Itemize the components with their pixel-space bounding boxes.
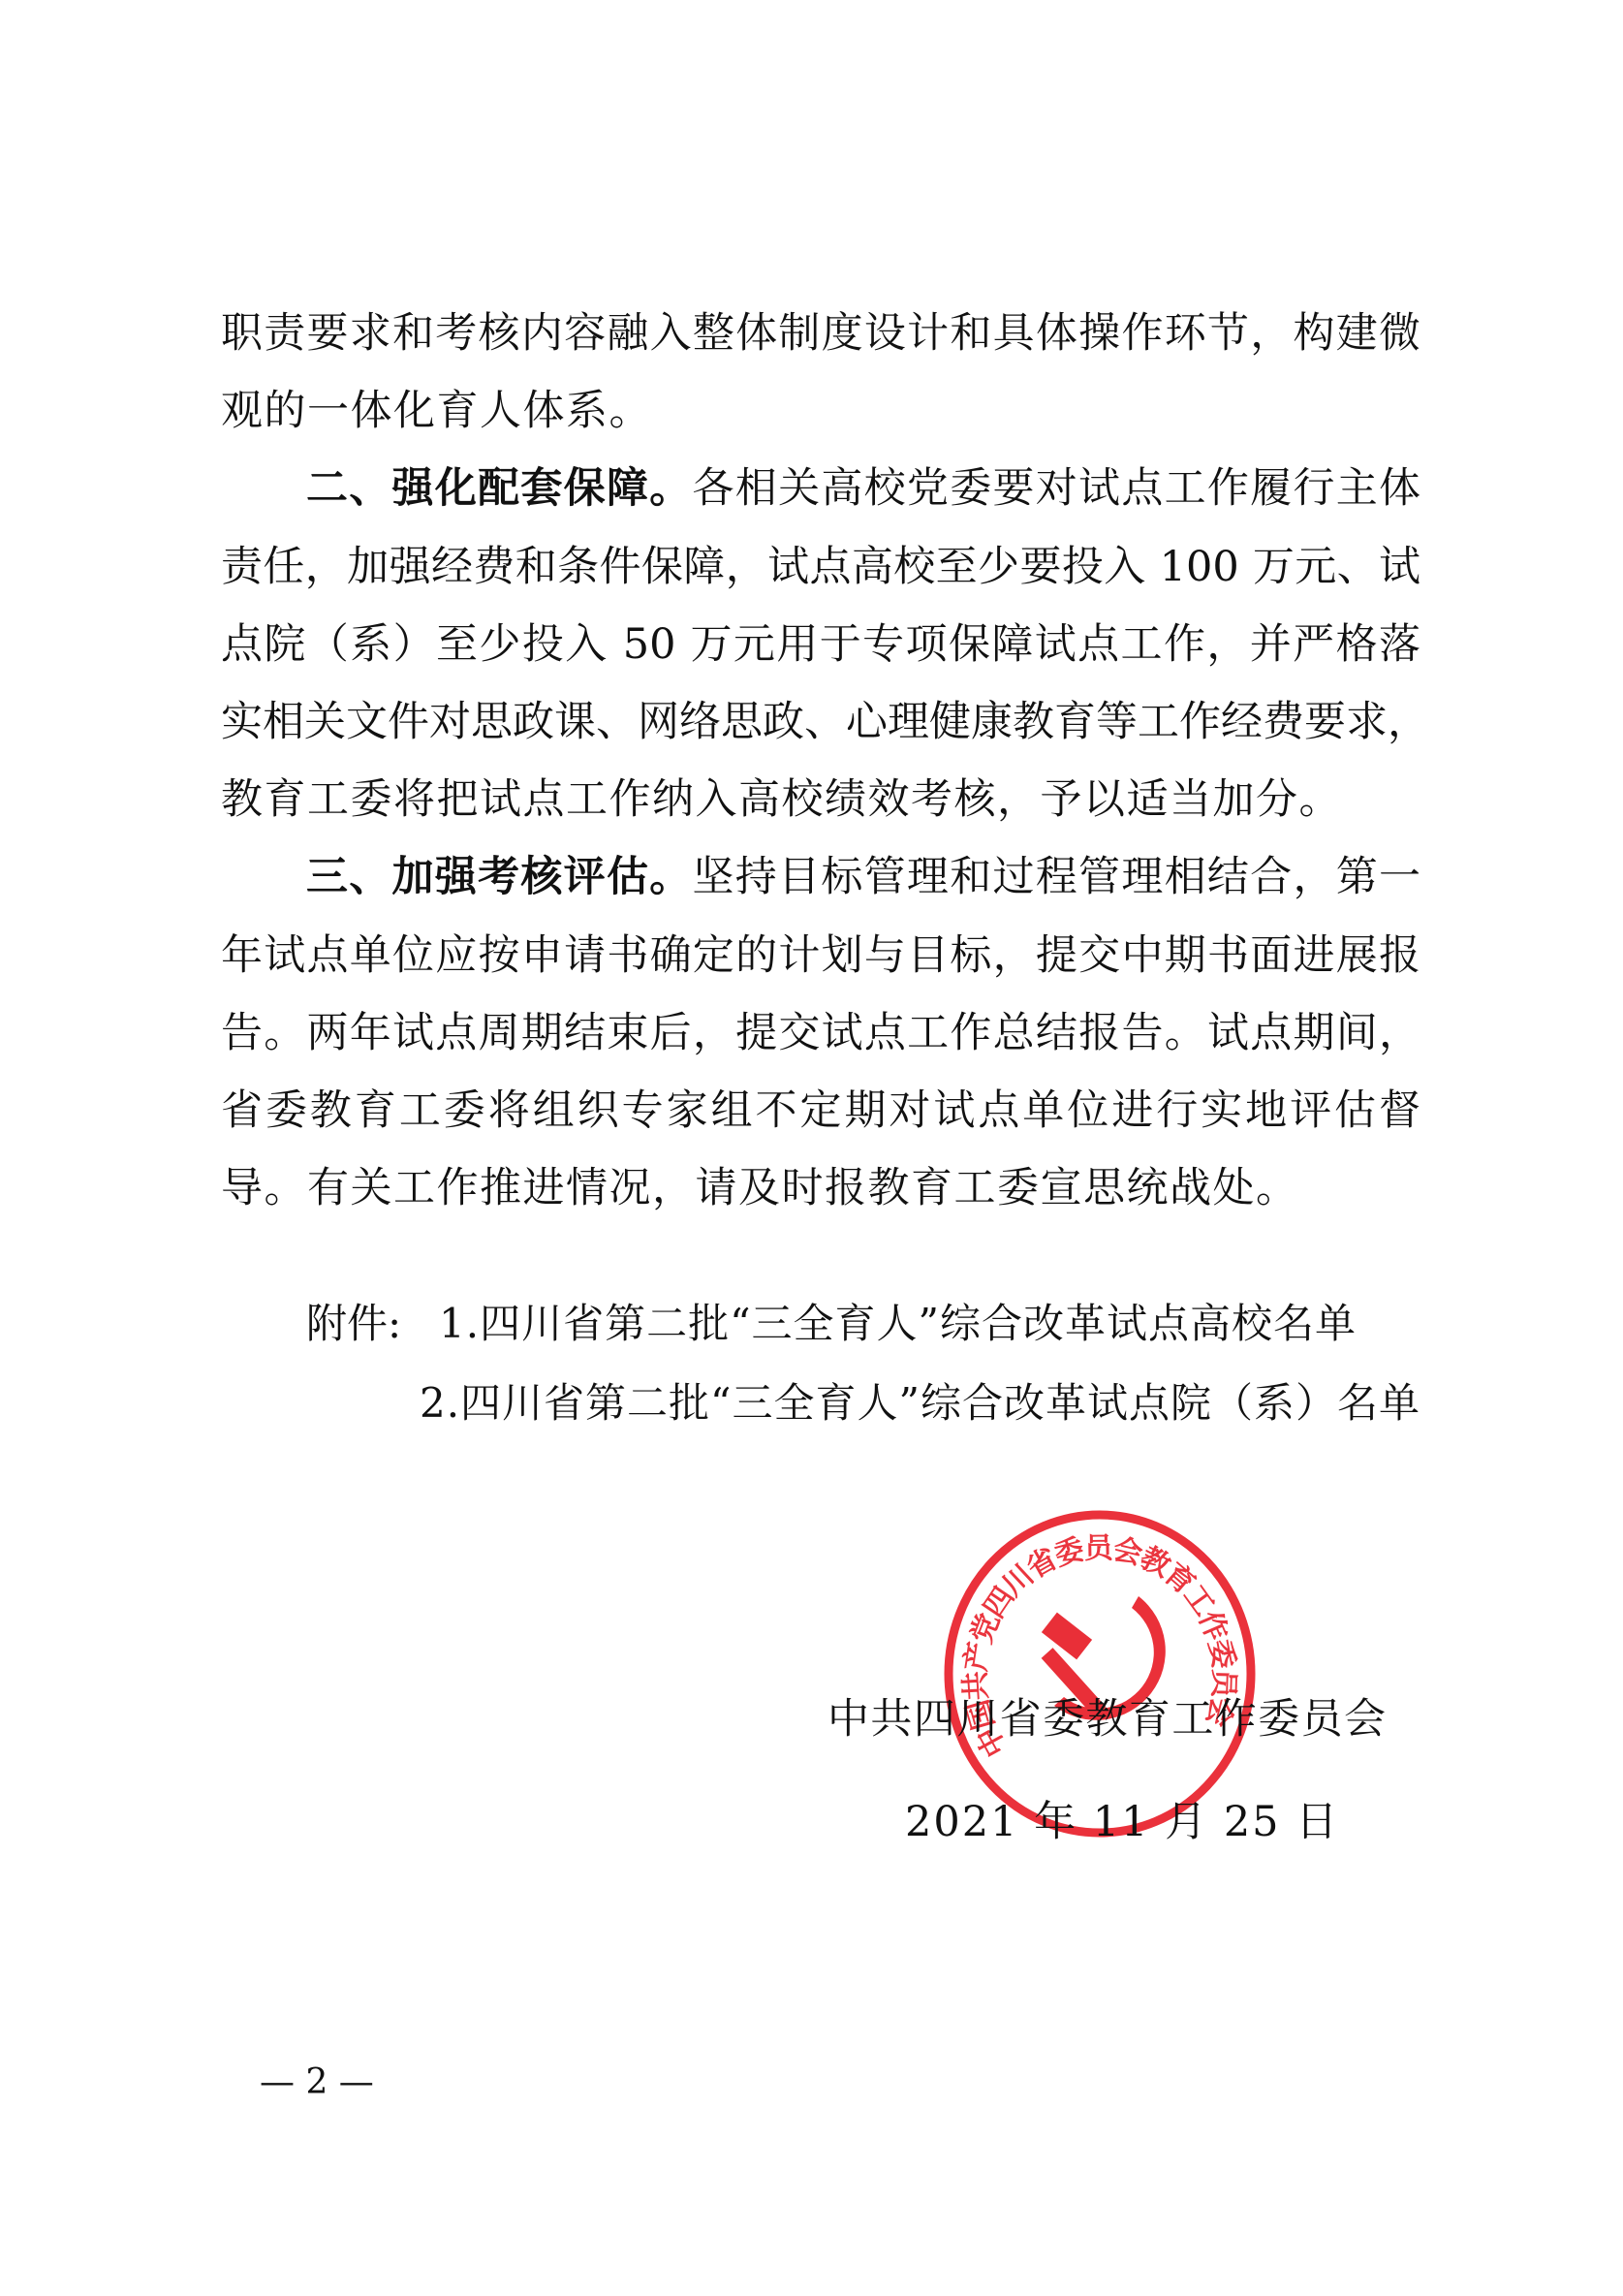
issuing-organization: 中共四川省委教育工作委员会 <box>827 1688 1386 1750</box>
body-line: 观的一体化育人体系。 <box>221 378 1420 456</box>
section-2-heading: 二、强化配套保障。 <box>306 464 693 513</box>
body-line: 导。有关工作推进情况，请及时报教育工委宣思统战处。 <box>221 1155 1420 1233</box>
document-body: 职责要求和考核内容融入整体制度设计和具体操作环节，构建微 观的一体化育人体系。 … <box>221 300 1420 1233</box>
attachment-item-2: 2.四川省第二批“三全育人”综合改革试点院（系）名单 <box>420 1372 1420 1434</box>
body-line: 告。两年试点周期结束后，提交试点工作总结报告。试点期间， <box>221 1000 1420 1078</box>
attachments-label: 附件: <box>306 1293 439 1355</box>
section-3-heading: 三、加强考核评估。 <box>306 853 693 901</box>
section-2-first-line: 二、强化配套保障。各相关高校党委要对试点工作履行主体 <box>221 456 1420 533</box>
attachment-item: 2.四川省第二批“三全育人”综合改革试点院（系）名单 <box>306 1364 1420 1443</box>
body-line: 责任，加强经费和条件保障，试点高校至少要投入 100 万元、试 <box>221 534 1420 612</box>
body-line: 年试点单位应按申请书确定的计划与目标，提交中期书面进展报 <box>221 923 1420 1000</box>
section-3-first-line-text: 坚持目标管理和过程管理相结合，第一 <box>693 853 1420 901</box>
attachment-item-1: 1.四川省第二批“三全育人”综合改革试点高校名单 <box>439 1293 1357 1355</box>
attachments-list: 附件: 1.四川省第二批“三全育人”综合改革试点高校名单 2.四川省第二批“三全… <box>306 1284 1420 1443</box>
body-line: 实相关文件对思政课、网络思政、心理健康教育等工作经费要求， <box>221 689 1420 767</box>
document-page: 职责要求和考核内容融入整体制度设计和具体操作环节，构建微 观的一体化育人体系。 … <box>0 0 1623 2296</box>
section-3-first-line: 三、加强考核评估。坚持目标管理和过程管理相结合，第一 <box>221 844 1420 922</box>
section-2-first-line-text: 各相关高校党委要对试点工作履行主体 <box>693 464 1420 513</box>
attachment-item: 附件: 1.四川省第二批“三全育人”综合改革试点高校名单 <box>306 1284 1420 1364</box>
body-line: 点院（系）至少投入 50 万元用于专项保障试点工作，并严格落 <box>221 612 1420 689</box>
body-line: 职责要求和考核内容融入整体制度设计和具体操作环节，构建微 <box>221 300 1420 378</box>
body-line: 省委教育工委将组织专家组不定期对试点单位进行实地评估督 <box>221 1078 1420 1155</box>
body-line: 教育工委将把试点工作纳入高校绩效考核，予以适当加分。 <box>221 767 1420 844</box>
issue-date: 2021 年 11 月 25 日 <box>905 1791 1339 1853</box>
page-number: — 2 — <box>260 2060 374 2106</box>
